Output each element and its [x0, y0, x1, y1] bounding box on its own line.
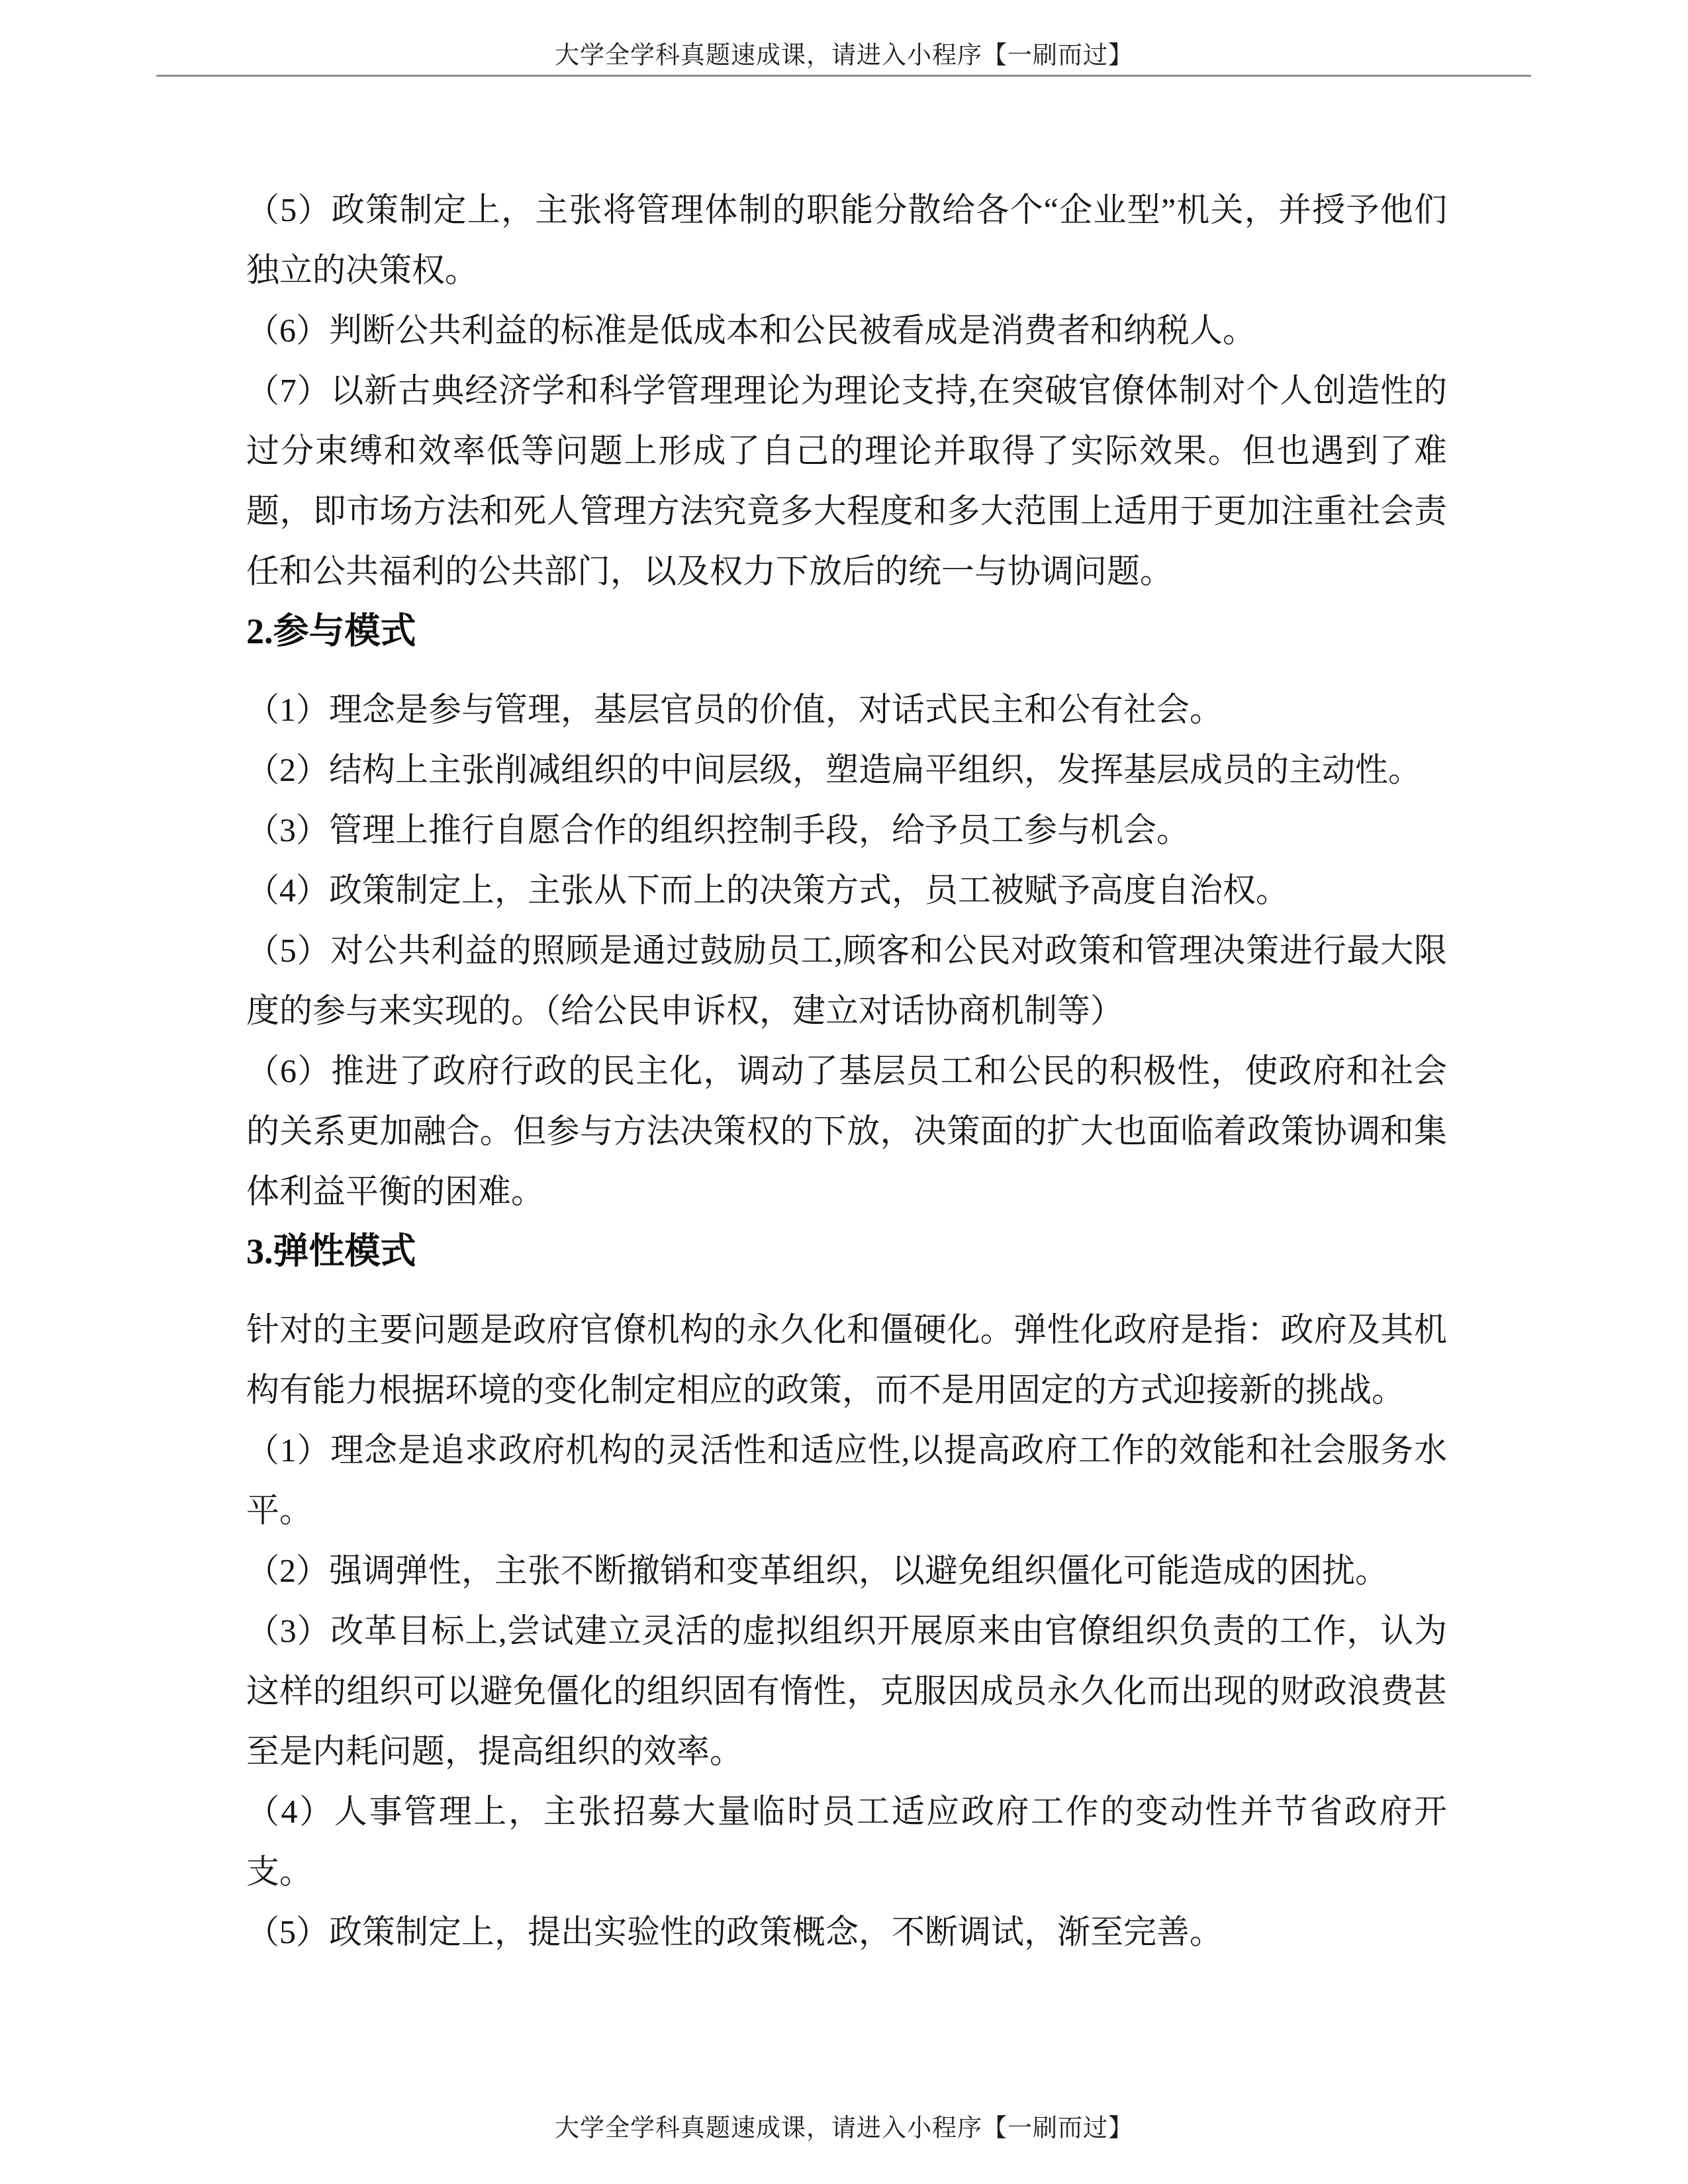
paragraph: 针对的主要问题是政府官僚机构的永久化和僵硬化。弹性化政府是指：政府及其机构有能力…	[246, 1300, 1447, 1420]
paragraph: （6）推进了政府行政的民主化，调动了基层员工和公民的积极性，使政府和社会的关系更…	[246, 1041, 1447, 1222]
paragraph: （5）对公共利益的照顾是通过鼓励员工,顾客和公民对政策和管理决策进行最大限度的参…	[246, 921, 1447, 1041]
page-footer: 大学全学科真题速成课，请进入小程序【一刷而过】	[0, 2115, 1688, 2143]
paragraph: （5）政策制定上，提出实验性的政策概念，不断调试，渐至完善。	[246, 1902, 1447, 1962]
section-heading: 2.参与模式	[246, 602, 1447, 662]
page-header: 大学全学科真题速成课，请进入小程序【一刷而过】	[0, 42, 1688, 70]
paragraph: （1）理念是追求政府机构的灵活性和适应性,以提高政府工作的效能和社会服务水平。	[246, 1420, 1447, 1541]
paragraph: （4）政策制定上，主张从下而上的决策方式，员工被赋予高度自治权。	[246, 860, 1447, 921]
document-body: （5）政策制定上，主张将管理体制的职能分散给各个“企业型”机关，并授予他们独立的…	[246, 180, 1447, 1962]
paragraph: （3）改革目标上,尝试建立灵活的虚拟组织开展原来由官僚组织负责的工作，认为这样的…	[246, 1601, 1447, 1782]
paragraph: （6）判断公共利益的标准是低成本和公民被看成是消费者和纳税人。	[246, 300, 1447, 361]
paragraph: （1）理念是参与管理，基层官员的价值，对话式民主和公有社会。	[246, 680, 1447, 740]
paragraph: （3）管理上推行自愿合作的组织控制手段，给予员工参与机会。	[246, 800, 1447, 860]
paragraph: （5）政策制定上，主张将管理体制的职能分散给各个“企业型”机关，并授予他们独立的…	[246, 180, 1447, 300]
paragraph: （7）以新古典经济学和科学管理理论为理论支持,在突破官僚体制对个人创造性的过分束…	[246, 361, 1447, 602]
paragraph: （2）结构上主张削减组织的中间层级，塑造扁平组织，发挥基层成员的主动性。	[246, 740, 1447, 800]
header-text: 大学全学科真题速成课，请进入小程序【一刷而过】	[555, 42, 1133, 69]
footer-text: 大学全学科真题速成课，请进入小程序【一刷而过】	[555, 2115, 1133, 2142]
paragraph: （2）强调弹性，主张不断撤销和变革组织，以避免组织僵化可能造成的困扰。	[246, 1541, 1447, 1601]
document-page: 大学全学科真题速成课，请进入小程序【一刷而过】 （5）政策制定上，主张将管理体制…	[0, 0, 1688, 2184]
header-rule	[156, 75, 1531, 77]
section-heading: 3.弹性模式	[246, 1222, 1447, 1282]
paragraph: （4）人事管理上，主张招募大量临时员工适应政府工作的变动性并节省政府开支。	[246, 1782, 1447, 1902]
